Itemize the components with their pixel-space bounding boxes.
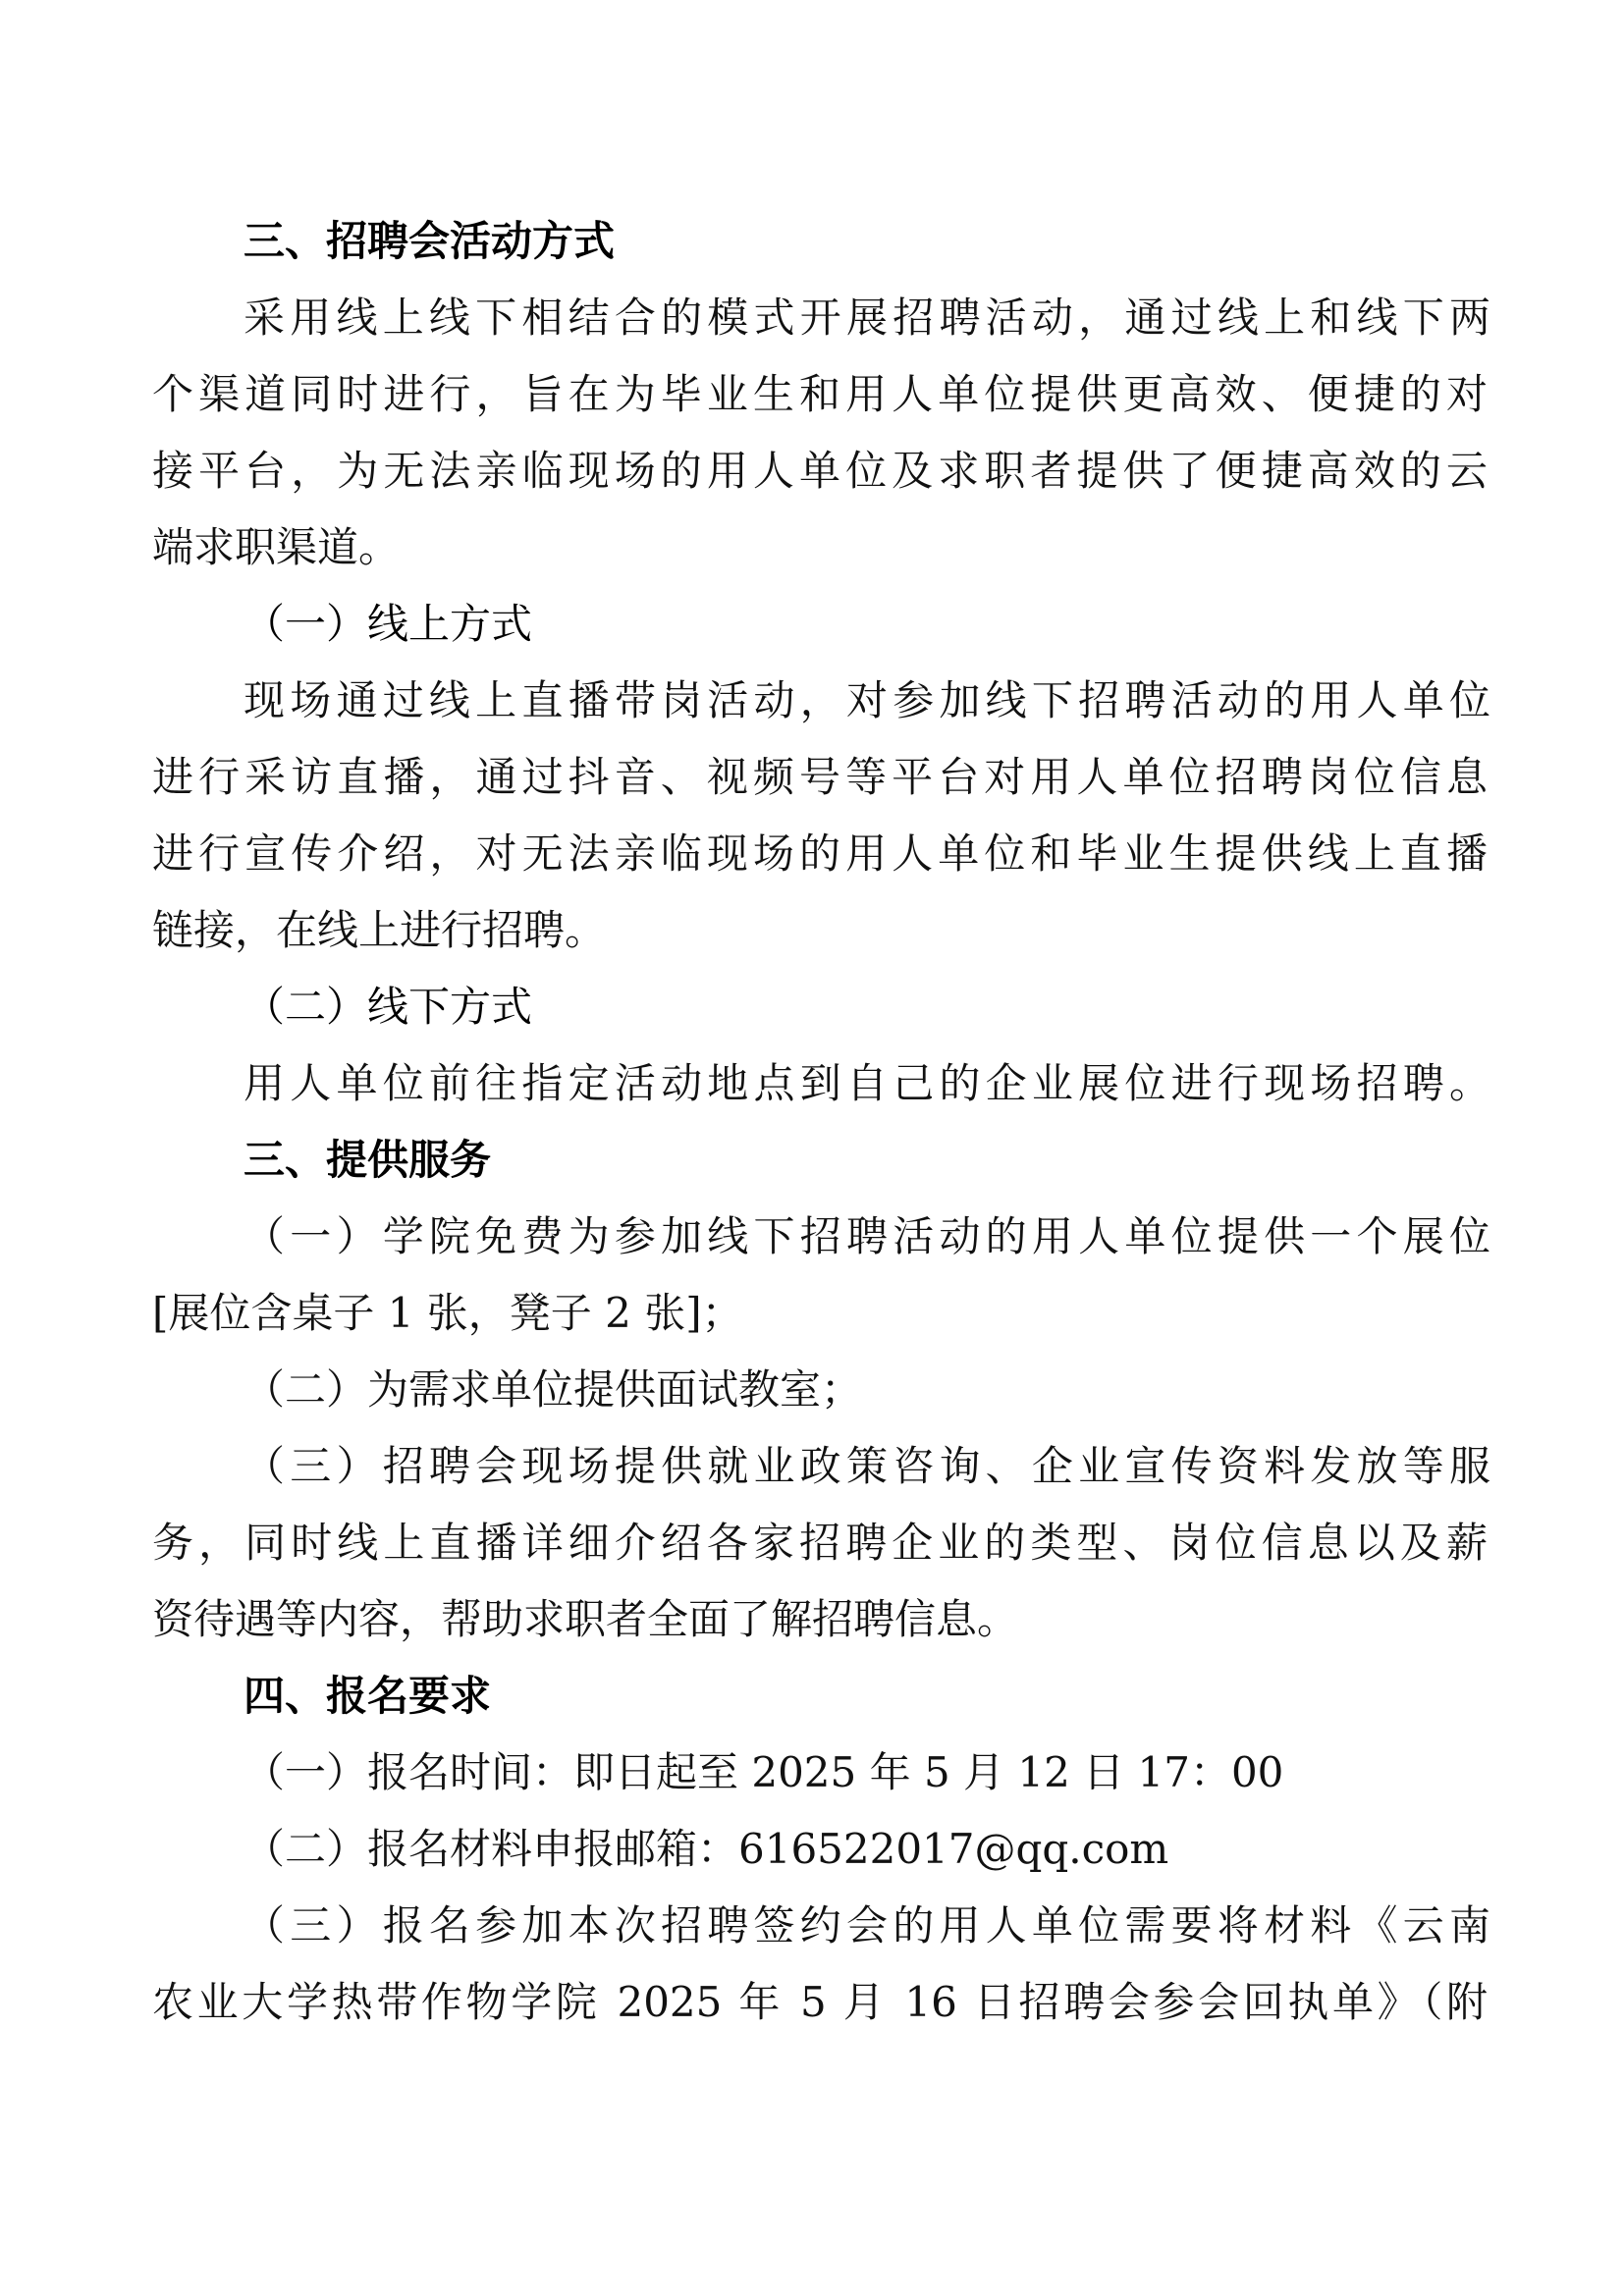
paragraph-line: 现场通过线上直播带岗活动，对参加线下招聘活动的用人单位 (244, 663, 1490, 739)
paragraph-line: 用人单位前往指定活动地点到自己的企业展位进行现场招聘。 (244, 1045, 1490, 1122)
paragraph-line: 进行宣传介绍，对无法亲临现场的用人单位和毕业生提供线上直播 (152, 816, 1488, 892)
paragraph-line: （三）招聘会现场提供就业政策咨询、企业宣传资料发放等服 (244, 1428, 1490, 1505)
paragraph-line: [展位含桌子 1 张，凳子 2 张]； (152, 1275, 1488, 1352)
registration-email: （二）报名材料申报邮箱：616522017@qq.com (244, 1811, 1490, 1888)
paragraph-line: 端求职渠道。 (152, 509, 1488, 586)
subsection-heading-online: （一）线上方式 (244, 586, 1490, 663)
paragraph-line: 接平台，为无法亲临现场的用人单位及求职者提供了便捷高效的云 (152, 433, 1488, 509)
paragraph-line: （一）学院免费为参加线下招聘活动的用人单位提供一个展位 (244, 1199, 1490, 1275)
paragraph-line: 资待遇等内容，帮助求职者全面了解招聘信息。 (152, 1581, 1488, 1658)
paragraph-line: 务，同时线上直播详细介绍各家招聘企业的类型、岗位信息以及薪 (152, 1505, 1488, 1581)
document-page: 三、招聘会活动方式 采用线上线下相结合的模式开展招聘活动，通过线上和线下两 个渠… (0, 0, 1624, 2296)
paragraph-line: 采用线上线下相结合的模式开展招聘活动，通过线上和线下两 (244, 280, 1490, 356)
paragraph-line: 进行采访直播，通过抖音、视频号等平台对用人单位招聘岗位信息 (152, 739, 1488, 816)
paragraph-line: 链接，在线上进行招聘。 (152, 892, 1488, 969)
section-heading-activity-format: 三、招聘会活动方式 (244, 203, 1490, 280)
registration-deadline: （一）报名时间：即日起至 2025 年 5 月 12 日 17：00 (244, 1735, 1490, 1811)
paragraph-line: 农业大学热带作物学院 2025 年 5 月 16 日招聘会参会回执单》（附 (152, 1964, 1488, 2041)
section-heading-registration: 四、报名要求 (244, 1658, 1490, 1735)
paragraph-line: （三）报名参加本次招聘签约会的用人单位需要将材料《云南 (244, 1888, 1490, 1964)
paragraph-line: （二）为需求单位提供面试教室； (244, 1352, 1490, 1428)
section-heading-services: 三、提供服务 (244, 1122, 1490, 1199)
paragraph-line: 个渠道同时进行，旨在为毕业生和用人单位提供更高效、便捷的对 (152, 356, 1488, 433)
subsection-heading-offline: （二）线下方式 (244, 969, 1490, 1045)
